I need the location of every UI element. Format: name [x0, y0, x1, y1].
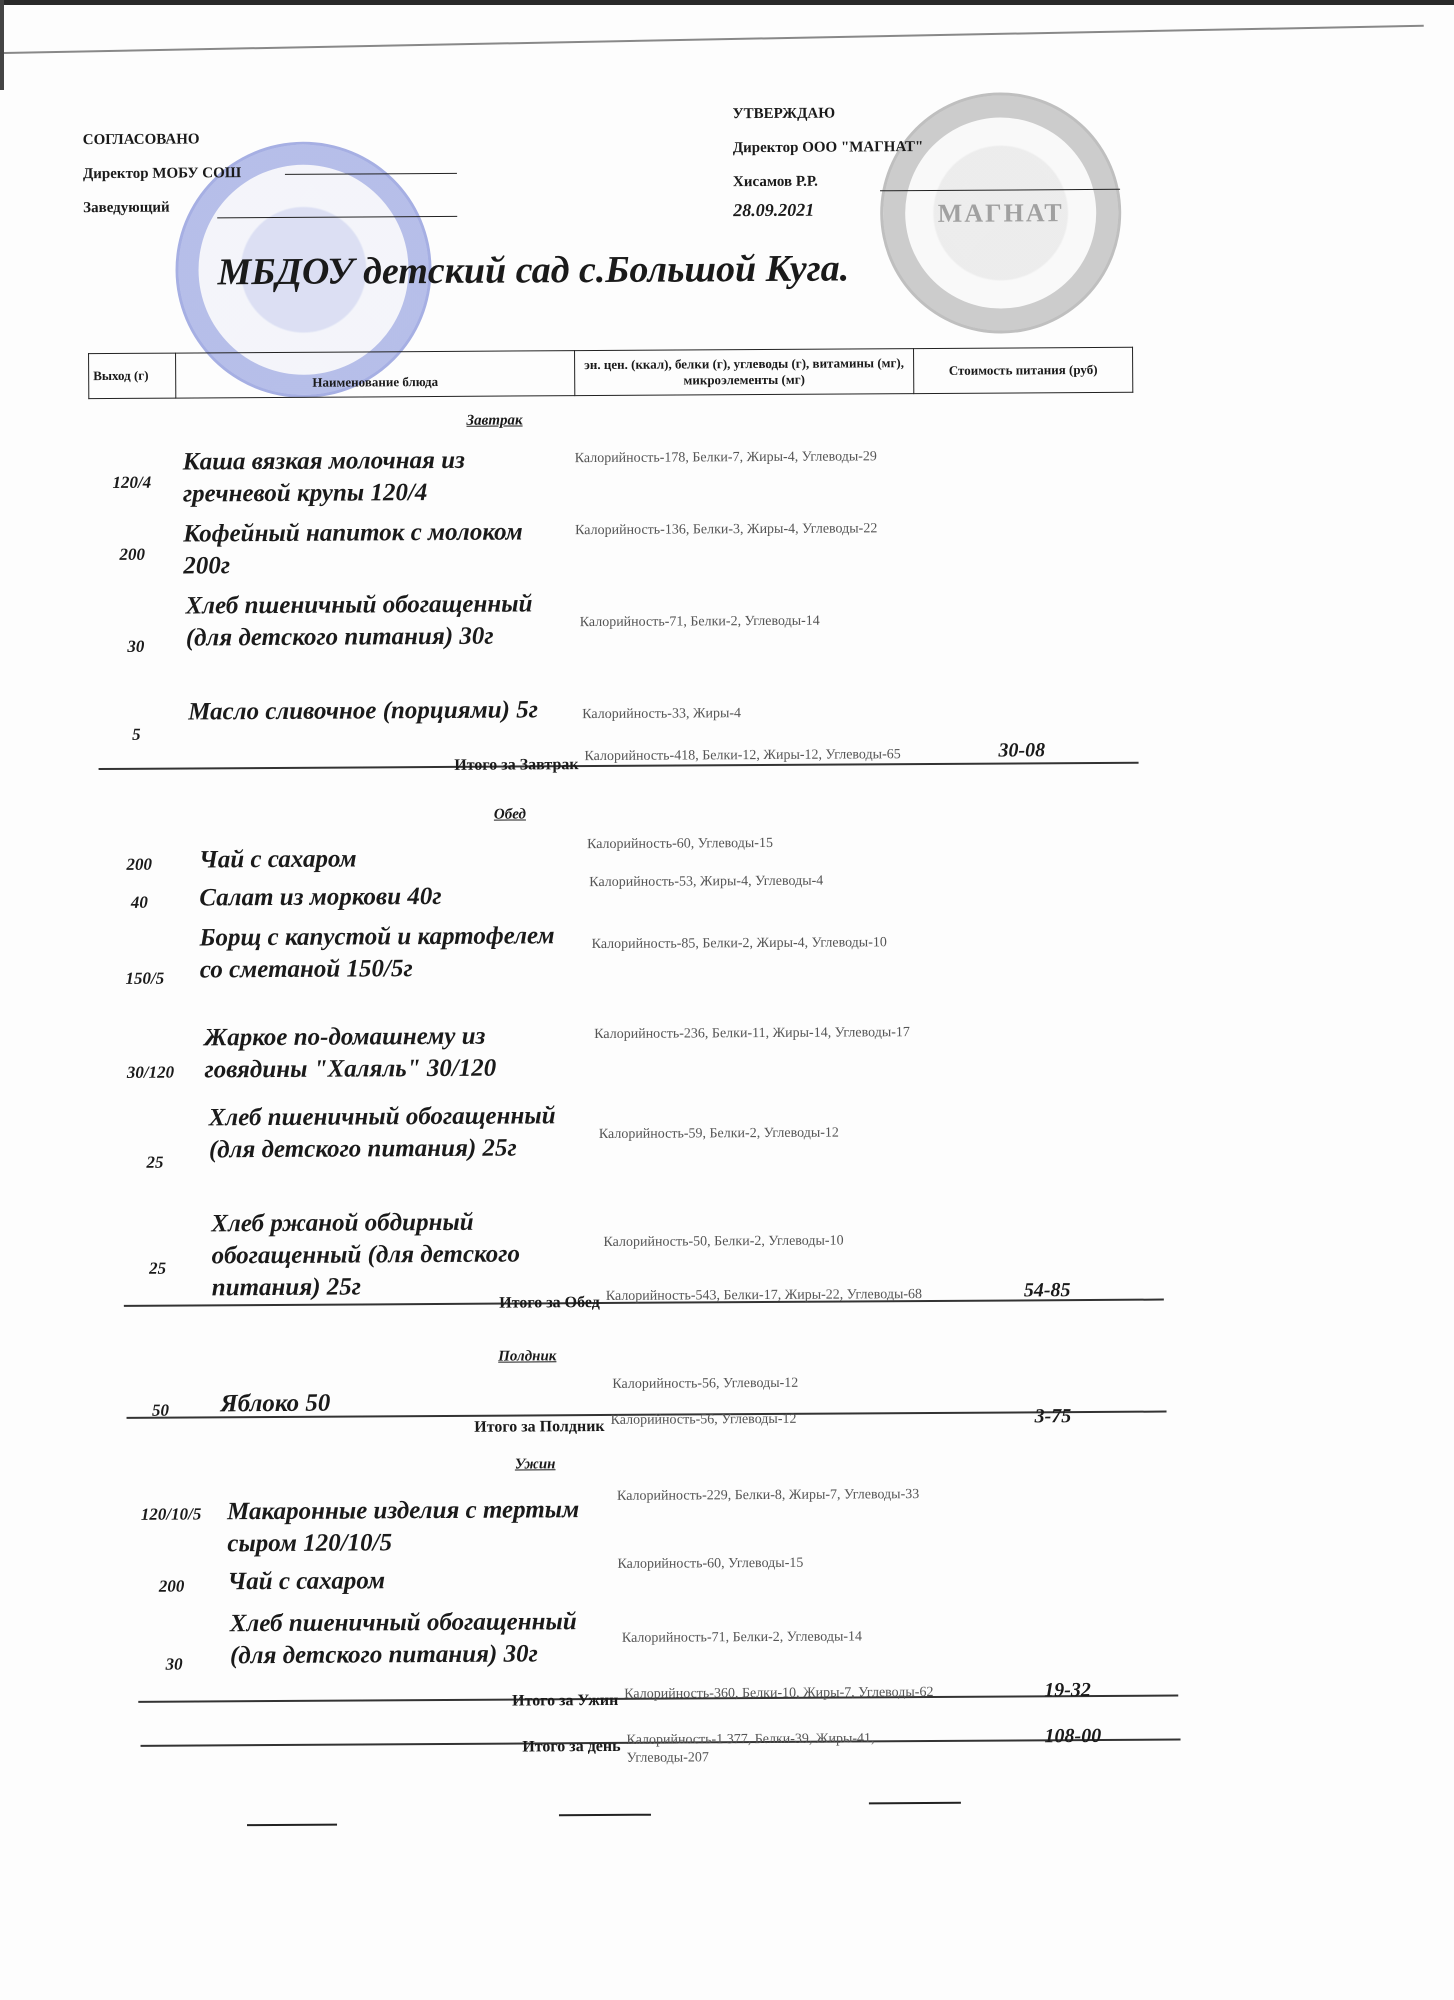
- subtotal-label: Итого за Ужин: [378, 1692, 618, 1711]
- subtotal-cost: 19-32: [1044, 1679, 1091, 1702]
- approval-agreed-line1: Директор МОБУ СОШ: [83, 156, 242, 191]
- column-header-output: Выход (г): [89, 353, 176, 399]
- section-heading-lunch: Обед: [494, 806, 526, 823]
- item-name: Хлеб пшеничный обогащенный (для детского…: [230, 1606, 610, 1672]
- item-nutrition: Калорийность-59, Белки-2, Углеводы-12: [599, 1124, 929, 1144]
- item-nutrition: Калорийность-50, Белки-2, Углеводы-10: [603, 1232, 933, 1252]
- footer-signature-line: [247, 1824, 337, 1827]
- item-nutrition: Калорийность-85, Белки-2, Жиры-4, Углево…: [592, 934, 922, 954]
- signature-line: [217, 216, 457, 218]
- page-title: МБДОУ детский сад с.Большой Куга.: [217, 246, 849, 294]
- approval-date: 28.09.2021: [733, 198, 924, 221]
- column-header-cost: Стоимость питания (руб): [914, 347, 1133, 393]
- day-total-cost: 108-00: [1044, 1725, 1101, 1748]
- menu-document: МАГНАТ СОГЛАСОВАНО Директор МОБУ СОШ Зав…: [0, 0, 1454, 2000]
- item-name: Хлеб ржаной обдирный обогащенный (для де…: [211, 1206, 592, 1304]
- item-name: Масло сливочное (порциями) 5г: [188, 694, 568, 728]
- item-name: Хлеб пшеничный обогащенный (для детского…: [209, 1100, 589, 1166]
- item-name: Кофейный напиток с молоком 200г: [183, 516, 563, 582]
- item-name: Хлеб пшеничный обогащенный (для детского…: [185, 588, 565, 654]
- approval-approved-line1: Директор ООО "МАГНАТ": [733, 130, 924, 165]
- item-name: Чай с сахаром: [199, 842, 579, 876]
- item-output: 30: [96, 637, 176, 657]
- day-total-nutrition: Калорийность-1 377, Белки-39, Жиры-41, У…: [626, 1730, 956, 1768]
- approval-agreed-line2: Заведующий: [83, 190, 242, 225]
- item-nutrition: Калорийность-33, Жиры-4: [582, 704, 912, 724]
- item-name: Борщ с капустой и картофелем со сметаной…: [200, 920, 580, 986]
- item-output: 200: [132, 1576, 212, 1596]
- section-heading-dinner: Ужин: [515, 1456, 556, 1473]
- subtotal-nutrition: Калорийность-360, Белки-10, Жиры-7, Угле…: [624, 1684, 954, 1704]
- approval-approved-block: УТВЕРЖДАЮ Директор ООО "МАГНАТ" Хисамов …: [732, 96, 923, 221]
- column-header-dish: Наименование блюда: [176, 351, 575, 398]
- item-output: 200: [99, 855, 179, 875]
- subtotal-nutrition: Калорийность-56, Углеводы-12: [611, 1410, 941, 1430]
- approval-agreed-heading: СОГЛАСОВАНО: [83, 122, 242, 157]
- item-nutrition: Калорийность-136, Белки-3, Жиры-4, Углев…: [575, 520, 905, 540]
- subtotal-cost: 54-85: [1024, 1279, 1071, 1302]
- item-output: 5: [96, 725, 176, 745]
- item-output: 120/10/5: [131, 1502, 211, 1526]
- footer-signature-line: [869, 1802, 961, 1805]
- signature-line: [285, 173, 457, 175]
- item-output: 150/5: [105, 969, 185, 989]
- subtotal-nutrition: Калорийность-418, Белки-12, Жиры-12, Угл…: [584, 746, 914, 766]
- item-nutrition: Калорийность-60, Углеводы-15: [617, 1554, 947, 1574]
- approval-agreed-block: СОГЛАСОВАНО Директор МОБУ СОШ Заведующий: [83, 122, 242, 225]
- item-output: 30: [134, 1654, 214, 1674]
- item-name: Жаркое по-домашнему из говядины "Халяль"…: [204, 1020, 584, 1086]
- item-output: 25: [118, 1258, 198, 1278]
- section-heading-breakfast: Завтрак: [466, 412, 522, 429]
- item-nutrition: Калорийность-56, Углеводы-12: [612, 1374, 942, 1394]
- item-nutrition: Калорийность-236, Белки-11, Жиры-14, Угл…: [594, 1024, 924, 1044]
- item-output: 200: [92, 545, 172, 565]
- subtotal-label: Итого за Завтрак: [339, 756, 579, 775]
- item-output: 40: [99, 893, 179, 913]
- item-nutrition: Калорийность-60, Углеводы-15: [587, 834, 917, 854]
- item-nutrition: Калорийность-53, Жиры-4, Углеводы-4: [589, 872, 919, 892]
- subtotal-nutrition: Калорийность-543, Белки-17, Жиры-22, Угл…: [606, 1286, 936, 1306]
- item-output: 25: [115, 1152, 195, 1172]
- item-name: Чай с сахаром: [227, 1564, 607, 1598]
- subtotal-label: Итого за Обед: [360, 1294, 600, 1313]
- signature-line: [880, 189, 1120, 191]
- column-header-nutrition: эн. цен. (ккал), белки (г), углеводы (г)…: [575, 349, 914, 396]
- day-total-label: Итого за день: [381, 1738, 621, 1757]
- menu-table-header: Выход (г) Наименование блюда эн. цен. (к…: [88, 347, 1133, 399]
- approval-approved-heading: УТВЕРЖДАЮ: [732, 96, 923, 131]
- subtotal-cost: 3-75: [1034, 1405, 1071, 1428]
- item-output: 30/120: [110, 1063, 190, 1083]
- approval-approved-line2: Хисамов Р.Р.: [733, 164, 924, 199]
- stamp-label: МАГНАТ: [938, 198, 1064, 229]
- section-heading-snack: Полдник: [498, 1348, 556, 1365]
- subtotal-label: Итого за Полдник: [365, 1418, 605, 1437]
- footer-signature-line: [559, 1814, 651, 1817]
- item-name: Каша вязкая молочная из гречневой крупы …: [183, 444, 563, 510]
- item-nutrition: Калорийность-178, Белки-7, Жиры-4, Углев…: [575, 448, 905, 468]
- subtotal-cost: 30-08: [998, 739, 1045, 762]
- item-nutrition: Калорийность-71, Белки-2, Углеводы-14: [580, 612, 910, 632]
- item-name: Салат из моркови 40г: [199, 880, 579, 914]
- item-output: 120/4: [92, 473, 172, 493]
- item-nutrition: Калорийность-71, Белки-2, Углеводы-14: [622, 1628, 952, 1648]
- item-name: Макаронные изделия с тертым сыром 120/10…: [227, 1494, 607, 1560]
- item-nutrition: Калорийность-229, Белки-8, Жиры-7, Углев…: [617, 1486, 947, 1506]
